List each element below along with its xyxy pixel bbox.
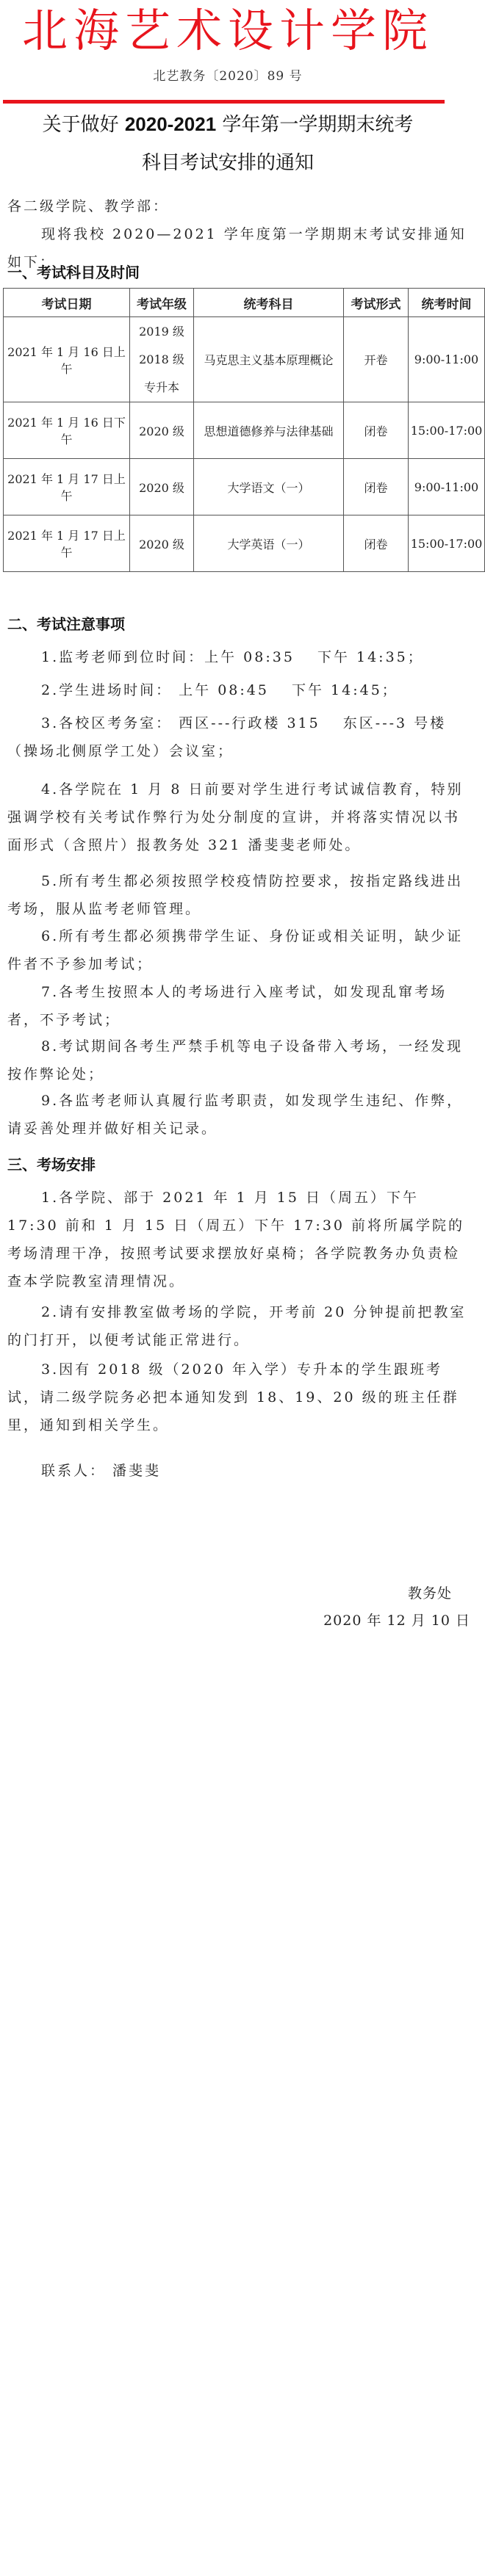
cell-time: 15:00-17:00 xyxy=(409,402,485,459)
title-line-2: 科目考试安排的通知 xyxy=(0,151,456,176)
cell-grade: 2020 级 xyxy=(130,402,194,459)
section-3-heading: 三、考场安排 xyxy=(7,1154,96,1175)
exam-schedule-table: 考试日期 考试年级 统考科目 考试形式 统考时间 2021 年 1 月 16 日… xyxy=(3,288,485,572)
table-header-row: 考试日期 考试年级 统考科目 考试形式 统考时间 xyxy=(4,289,485,317)
grade-item: 2018 级 xyxy=(132,346,192,374)
cell-date: 2021 年 1 月 16 日上午 xyxy=(4,317,130,402)
cell-form: 开卷 xyxy=(344,317,409,402)
cell-date: 2021 年 1 月 17 日上午 xyxy=(4,459,130,515)
grade-item: 专升本 xyxy=(132,374,192,402)
cell-time: 9:00-11:00 xyxy=(409,459,485,515)
column-header-time: 统考时间 xyxy=(409,289,485,317)
arrangement-item-2: 2.请有安排教室做考场的学院，开考前 20 分钟提前把教室的门打开，以便考试能正… xyxy=(7,1298,472,1354)
red-divider xyxy=(3,100,445,104)
signature-date: 2020 年 12 月 10 日 xyxy=(323,1610,470,1629)
section-1-heading: 一、考试科目及时间 xyxy=(7,262,140,283)
cell-subject: 大学语文（一） xyxy=(194,459,344,515)
cell-grade: 2020 级 xyxy=(130,459,194,515)
table-row: 2021 年 1 月 17 日上午 2020 级 大学语文（一） 闭卷 9:00… xyxy=(4,459,485,515)
cell-subject: 思想道德修养与法律基础 xyxy=(194,402,344,459)
notice-item-6: 6.所有考生都必须携带学生证、身份证或相关证明，缺少证件者不予参加考试； xyxy=(7,922,472,978)
cell-subject: 马克思主义基本原理概论 xyxy=(194,317,344,402)
cell-form: 闭卷 xyxy=(344,515,409,572)
column-header-grade: 考试年级 xyxy=(130,289,194,317)
notice-item-8: 8.考试期间各考生严禁手机等电子设备带入考场，一经发现按作弊论处； xyxy=(7,1032,472,1088)
notice-item-2: 2.学生进场时间： 上午 08:45 下午 14:45； xyxy=(7,676,472,704)
cell-grade: 2020 级 xyxy=(130,515,194,572)
notice-item-3: 3.各校区考务室： 西区---行政楼 315 东区---3 号楼（操场北侧原学工… xyxy=(7,709,472,765)
title-year: 2020-2021 xyxy=(125,113,216,135)
cell-time: 9:00-11:00 xyxy=(409,317,485,402)
column-header-form: 考试形式 xyxy=(344,289,409,317)
column-header-subject: 统考科目 xyxy=(194,289,344,317)
title-prefix: 关于做好 xyxy=(43,114,125,136)
contact-person: 联系人： 潘斐斐 xyxy=(7,1457,472,1485)
grade-item: 2019 级 xyxy=(132,318,192,346)
table-row: 2021 年 1 月 16 日上午 2019 级 2018 级 专升本 马克思主… xyxy=(4,317,485,402)
table-row: 2021 年 1 月 17 日上午 2020 级 大学英语（一） 闭卷 15:0… xyxy=(4,515,485,572)
document-number: 北艺教务〔2020〕89 号 xyxy=(0,68,456,85)
cell-time: 15:00-17:00 xyxy=(409,515,485,572)
table-row: 2021 年 1 月 16 日下午 2020 级 思想道德修养与法律基础 闭卷 … xyxy=(4,402,485,459)
notice-item-5: 5.所有考生都必须按照学校疫情防控要求，按指定路线进出考场，服从监考老师管理。 xyxy=(7,867,472,923)
notice-item-9: 9.各监考老师认真履行监考职责，如发现学生违纪、作弊，请妥善处理并做好相关记录。 xyxy=(7,1087,472,1143)
section-2-heading: 二、考试注意事项 xyxy=(7,614,125,634)
column-header-date: 考试日期 xyxy=(4,289,130,317)
title-suffix: 学年第一学期期末统考 xyxy=(216,114,413,136)
institution-masthead: 北海艺术设计学院 xyxy=(0,4,456,57)
notice-item-4: 4.各学院在 1 月 8 日前要对学生进行考试诚信教育，特别强调学校有关考试作弊… xyxy=(7,775,472,859)
cell-form: 闭卷 xyxy=(344,402,409,459)
arrangement-item-1: 1.各学院、部于 2021 年 1 月 15 日（周五）下午 17:30 前和 … xyxy=(7,1184,472,1295)
salutation: 各二级学院、教学部： xyxy=(7,192,472,220)
cell-date: 2021 年 1 月 17 日上午 xyxy=(4,515,130,572)
cell-subject: 大学英语（一） xyxy=(194,515,344,572)
signature-office: 教务处 xyxy=(408,1582,452,1602)
cell-form: 闭卷 xyxy=(344,459,409,515)
cell-grade: 2019 级 2018 级 专升本 xyxy=(130,317,194,402)
cell-date: 2021 年 1 月 16 日下午 xyxy=(4,402,130,459)
notice-item-1: 1.监考老师到位时间：上午 08:35 下午 14:35； xyxy=(7,643,472,671)
title-line-1: 关于做好 2020-2021 学年第一学期期末统考 xyxy=(0,112,456,137)
arrangement-item-3: 3.因有 2018 级（2020 年入学）专升本的学生跟班考试，请二级学院务必把… xyxy=(7,1356,472,1439)
notice-item-7: 7.各考生按照本人的考场进行入座考试，如发现乱窜考场者，不予考试； xyxy=(7,978,472,1034)
